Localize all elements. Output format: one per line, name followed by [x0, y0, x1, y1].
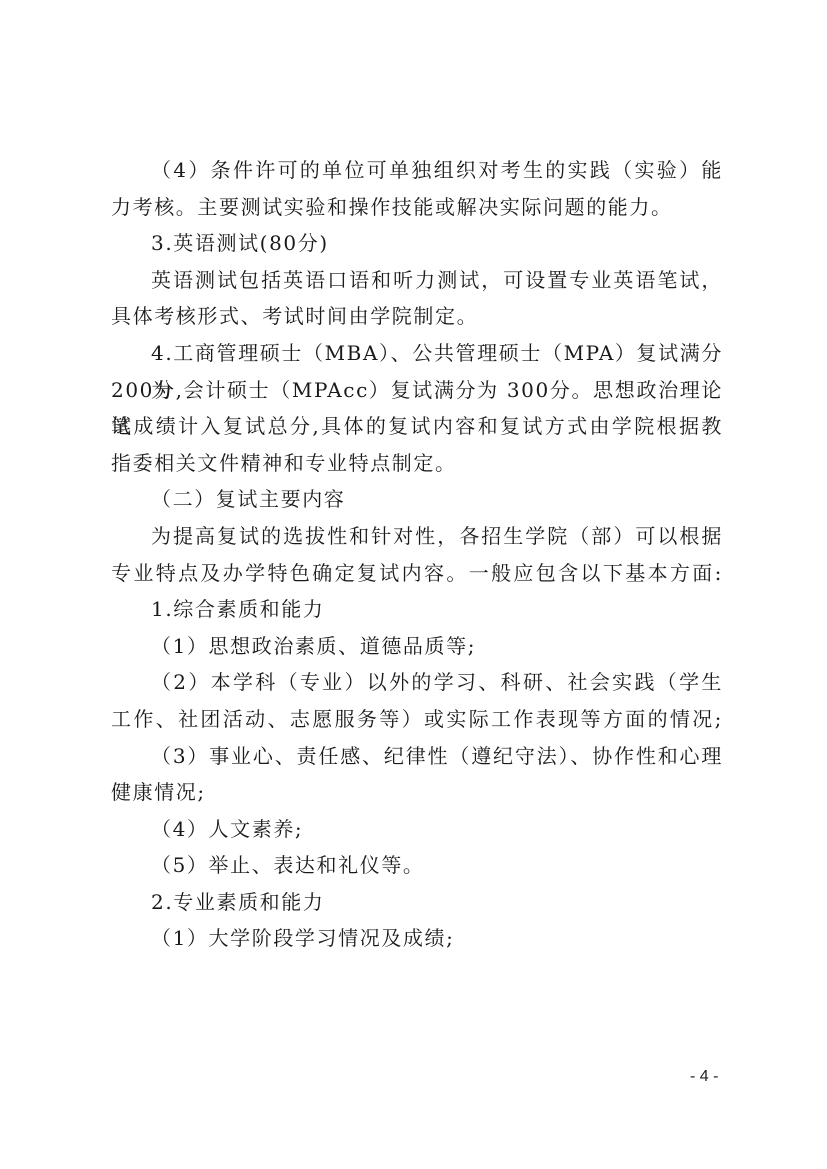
section-heading-main-content: （二）复试主要内容	[111, 481, 723, 518]
list-item: （5）举止、表达和礼仪等。	[111, 847, 723, 884]
list-item: （1）思想政治素质、道德品质等;	[111, 628, 723, 665]
paragraph-line: 专业特点及办学特色确定复试内容。一般应包含以下基本方面:	[111, 555, 723, 592]
paragraph-line: 具体考核形式、考试时间由学院制定。	[111, 298, 723, 335]
paragraph-line: 力考核。主要测试实验和操作技能或解决实际问题的能力。	[111, 189, 723, 226]
list-item: （2）本学科（专业）以外的学习、科研、社会实践（学生	[111, 664, 723, 701]
list-item-continuation: 健康情况;	[111, 774, 723, 811]
paragraph-line: 200分,会计硕士（MPAcc）复试满分为 300分。思想政治理论笔	[111, 372, 723, 409]
section-heading-english-test: 3.英语测试(80分)	[111, 225, 723, 262]
document-body: （4）条件许可的单位可单独组织对考生的实践（实验）能 力考核。主要测试实验和操作…	[111, 152, 723, 957]
subheading-professional-quality: 2.专业素质和能力	[111, 884, 723, 921]
paragraph-line: 英语测试包括英语口语和听力测试，可设置专业英语笔试，	[111, 262, 723, 299]
list-item: （3）事业心、责任感、纪律性（遵纪守法）、协作性和心理	[111, 738, 723, 775]
paragraph-line: 为提高复试的选拔性和针对性，各招生学院（部）可以根据	[111, 518, 723, 555]
page-number: - 4 -	[690, 1068, 718, 1086]
list-item: （1）大学阶段学习情况及成绩;	[111, 920, 723, 957]
subheading-comprehensive-quality: 1.综合素质和能力	[111, 591, 723, 628]
document-page: （4）条件许可的单位可单独组织对考生的实践（实验）能 力考核。主要测试实验和操作…	[0, 0, 827, 1169]
paragraph-line-practice-assessment: （4）条件许可的单位可单独组织对考生的实践（实验）能	[111, 152, 723, 189]
paragraph-line: 试成绩计入复试总分,具体的复试内容和复试方式由学院根据教	[111, 408, 723, 445]
paragraph-line-mba-mpa: 4.工商管理硕士（MBA）、公共管理硕士（MPA）复试满分为	[111, 335, 723, 372]
list-item: （4）人文素养;	[111, 811, 723, 848]
list-item-continuation: 工作、社团活动、志愿服务等）或实际工作表现等方面的情况;	[111, 701, 723, 738]
paragraph-line: 指委相关文件精神和专业特点制定。	[111, 445, 723, 482]
